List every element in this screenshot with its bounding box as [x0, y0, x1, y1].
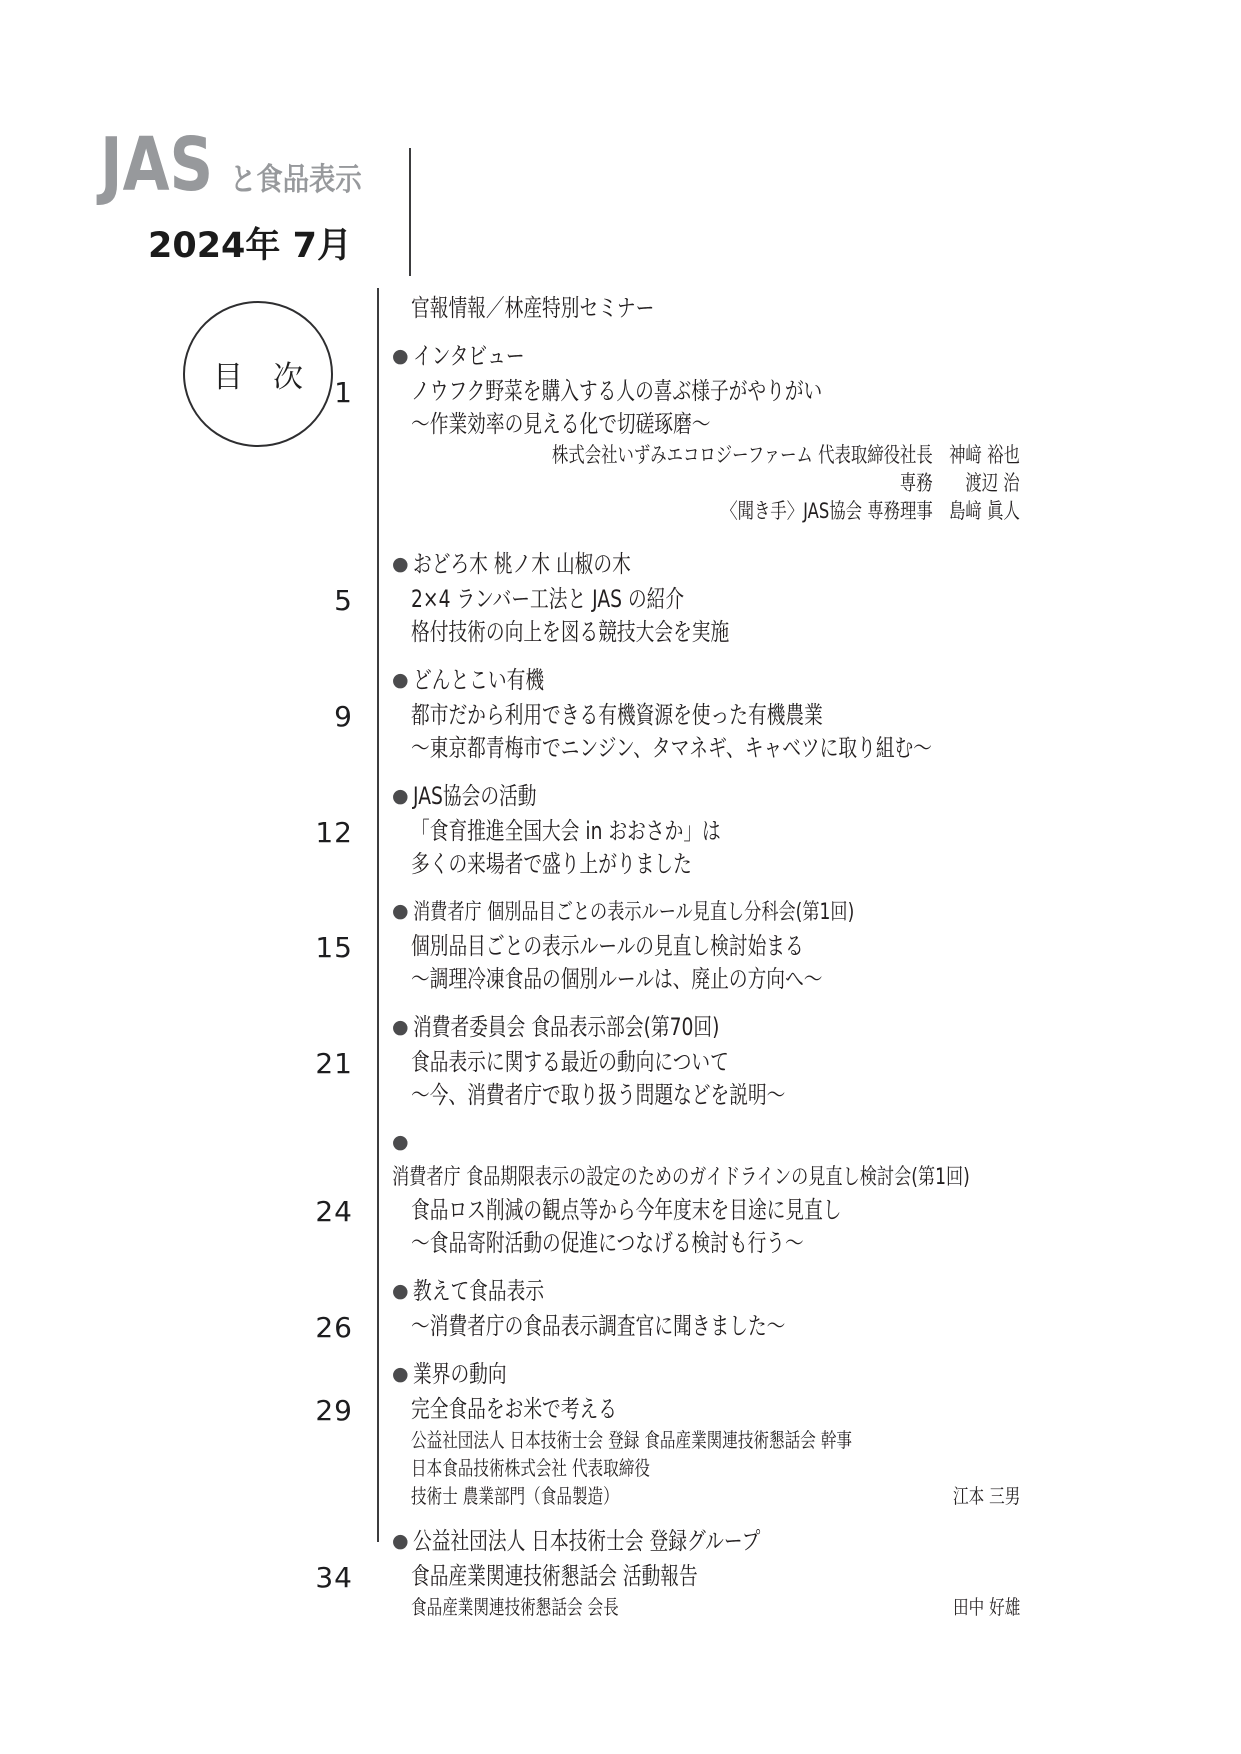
toc-section: ●消費者委員会 食品表示部会(第70回) 21食品表示に関する最近の動向について…: [392, 1011, 1020, 1112]
article-line: 34食品産業関連技術懇話会 活動報告: [392, 1560, 1020, 1593]
toc-section: ●業界の動向 29完全食品をお米で考える 公益社団法人 日本技術士会 登録 食品…: [392, 1358, 1020, 1510]
credit-text: 専務 渡辺 治: [900, 469, 1020, 497]
toc-section: ●消費者庁 個別品目ごとの表示ルール見直し分科会(第1回) 15個別品目ごとの表…: [392, 896, 1020, 996]
section-title: 消費者委員会 食品表示部会(第70回): [413, 1011, 719, 1044]
article-text: ～東京都青梅市でニンジン、タマネギ、キャベツに取り組む～: [411, 732, 932, 765]
magazine-toc-page: JASと食品表示 2024年 7月 目 次 官報情報／林産特別セミナー ●インタ…: [0, 0, 1241, 1754]
section-title: 教えて食品表示: [413, 1275, 544, 1308]
article-line: 多くの来場者で盛り上がりました: [392, 848, 1020, 881]
article-text: 個別品目ごとの表示ルールの見直し検討始まる: [411, 930, 804, 963]
page-number: 9: [334, 700, 353, 733]
credit-name: 田中 好雄: [953, 1593, 1020, 1621]
page-number: 24: [315, 1195, 353, 1228]
section-title: 業界の動向: [413, 1358, 507, 1391]
article-line: 26～消費者庁の食品表示調査官に聞きました～: [392, 1310, 1020, 1343]
article-text: 2×4 ランバー工法と JAS の紹介: [411, 583, 684, 616]
credit-text: 公益社団法人 日本技術士会 登録 食品産業関連技術懇話会 幹事: [411, 1426, 852, 1454]
credit-text: 株式会社いずみエコロジーファーム 代表取締役社長 神﨑 裕也: [552, 441, 1020, 469]
page-number: 12: [315, 816, 353, 849]
article-line: 1ノウフク野菜を購入する人の喜ぶ様子がやりがい: [392, 375, 1020, 408]
magazine-title: JASと食品表示: [100, 128, 385, 202]
credit-line: 株式会社いずみエコロジーファーム 代表取締役社長 神﨑 裕也: [392, 441, 1020, 469]
bullet-icon: ●: [392, 1280, 409, 1302]
credit-line: 公益社団法人 日本技術士会 登録 食品産業関連技術懇話会 幹事: [392, 1426, 1020, 1454]
page-number: 29: [315, 1394, 353, 1427]
article-line: 29完全食品をお米で考える: [392, 1393, 1020, 1426]
page-number: 1: [334, 376, 353, 409]
section-heading: ●おどろ木 桃ノ木 山椒の木: [392, 548, 1020, 583]
bullet-icon: ●: [392, 1530, 409, 1552]
toc-section: ●公益社団法人 日本技術士会 登録グループ 34食品産業関連技術懇話会 活動報告…: [392, 1525, 1020, 1621]
section-title: インタビュー: [413, 340, 525, 373]
credit-role: 技術士 農業部門（食品製造）: [411, 1482, 619, 1510]
credit-role: 食品産業関連技術懇話会 会長: [411, 1593, 619, 1621]
bullet-icon: ●: [392, 345, 409, 367]
masthead: JASと食品表示 2024年 7月: [100, 128, 385, 268]
article-line: ～東京都青梅市でニンジン、タマネギ、キャベツに取り組む～: [392, 732, 1020, 765]
section-heading: ●教えて食品表示: [392, 1275, 1020, 1310]
toc-circle-badge: 目 次: [183, 301, 333, 447]
article-line: 12「食育推進全国大会 in おおさか」は: [392, 815, 1020, 848]
article-text: ～食品寄附活動の促進につなげる検討も行う～: [411, 1227, 804, 1260]
page-number: 5: [334, 584, 353, 617]
section-heading: ●消費者庁 個別品目ごとの表示ルール見直し分科会(第1回): [392, 896, 1020, 930]
article-text: 食品表示に関する最近の動向について: [411, 1046, 729, 1079]
toc-section: ●消費者庁 食品期限表示の設定のためのガイドラインの見直し検討会(第1回) 24…: [392, 1127, 1020, 1260]
bullet-icon: ●: [392, 553, 409, 575]
credit-line: 日本食品技術株式会社 代表取締役: [392, 1454, 1020, 1482]
article-line: 15個別品目ごとの表示ルールの見直し検討始まる: [392, 930, 1020, 963]
toc-section: ●おどろ木 桃ノ木 山椒の木 52×4 ランバー工法と JAS の紹介 格付技術…: [392, 548, 1020, 649]
section-heading: ●どんとこい有機: [392, 664, 1020, 699]
article-line: ～作業効率の見える化で切磋琢磨～: [392, 408, 1020, 441]
toc-label: 目 次: [213, 352, 303, 396]
section-heading: ●業界の動向: [392, 1358, 1020, 1393]
credit-text: 〈聞き手〉JAS協会 専務理事 島﨑 眞人: [721, 497, 1020, 525]
bullet-icon: ●: [392, 1363, 409, 1385]
section-title: どんとこい有機: [413, 664, 544, 697]
article-text: ノウフク野菜を購入する人の喜ぶ様子がやりがい: [411, 375, 822, 408]
masthead-divider: [409, 148, 411, 276]
article-text: ～消費者庁の食品表示調査官に聞きました～: [411, 1310, 785, 1343]
credit-line: 専務 渡辺 治: [392, 469, 1020, 497]
toc-column: 官報情報／林産特別セミナー ●インタビュー 1ノウフク野菜を購入する人の喜ぶ様子…: [392, 292, 1020, 1636]
article-line: 21食品表示に関する最近の動向について: [392, 1046, 1020, 1079]
article-line: 24食品ロス削減の観点等から今年度末を目途に見直し: [392, 1194, 1020, 1227]
section-title: JAS協会の活動: [413, 780, 536, 813]
bullet-icon: ●: [392, 900, 409, 922]
article-text: ～今、消費者庁で取り扱う問題などを説明～: [411, 1079, 785, 1112]
bullet-icon: ●: [392, 1016, 409, 1038]
page-number: 26: [315, 1311, 353, 1344]
toc-vertical-rule: [377, 288, 379, 1542]
article-line: 格付技術の向上を図る競技大会を実施: [392, 616, 1020, 649]
section-heading: ●消費者委員会 食品表示部会(第70回): [392, 1011, 1020, 1046]
preamble-line: 官報情報／林産特別セミナー: [392, 292, 1020, 325]
article-text: ～作業効率の見える化で切磋琢磨～: [411, 408, 711, 441]
credit-line: 技術士 農業部門（食品製造） 江本 三男: [392, 1482, 1020, 1510]
bullet-icon: ●: [392, 785, 409, 807]
credit-text: 日本食品技術株式会社 代表取締役: [411, 1454, 650, 1482]
article-text: 食品ロス削減の観点等から今年度末を目途に見直し: [411, 1194, 842, 1227]
section-heading: ●インタビュー: [392, 340, 1020, 375]
article-text: 「食育推進全国大会 in おおさか」は: [411, 815, 721, 848]
bullet-icon: ●: [392, 669, 409, 691]
toc-section: ●JAS協会の活動 12「食育推進全国大会 in おおさか」は 多くの来場者で盛…: [392, 780, 1020, 881]
section-heading: ●公益社団法人 日本技術士会 登録グループ: [392, 1525, 1020, 1560]
magazine-title-main: JAS: [100, 128, 213, 202]
credit-line: 食品産業関連技術懇話会 会長 田中 好雄: [392, 1593, 1020, 1621]
article-text: 格付技術の向上を図る競技大会を実施: [411, 616, 729, 649]
toc-section: ●教えて食品表示 26～消費者庁の食品表示調査官に聞きました～: [392, 1275, 1020, 1343]
page-number: 21: [315, 1047, 353, 1080]
section-heading: ●消費者庁 食品期限表示の設定のためのガイドラインの見直し検討会(第1回): [392, 1127, 1020, 1194]
toc-section: ●インタビュー 1ノウフク野菜を購入する人の喜ぶ様子がやりがい ～作業効率の見え…: [392, 340, 1020, 525]
section-title: 消費者庁 食品期限表示の設定のためのガイドラインの見直し検討会(第1回): [392, 1161, 970, 1194]
page-number: 15: [315, 931, 353, 964]
article-text: ～調理冷凍食品の個別ルールは、廃止の方向へ～: [411, 963, 822, 996]
section-title: おどろ木 桃ノ木 山椒の木: [413, 548, 631, 581]
magazine-title-sub: と食品表示: [230, 154, 362, 199]
credit-name: 江本 三男: [953, 1482, 1020, 1510]
toc-section: ●どんとこい有機 9都市だから利用できる有機資源を使った有機農業 ～東京都青梅市…: [392, 664, 1020, 765]
article-text: 食品産業関連技術懇話会 活動報告: [411, 1560, 698, 1593]
article-line: ～食品寄附活動の促進につなげる検討も行う～: [392, 1227, 1020, 1260]
section-heading: ●JAS協会の活動: [392, 780, 1020, 815]
credit-line: 〈聞き手〉JAS協会 専務理事 島﨑 眞人: [392, 497, 1020, 525]
article-text: 完全食品をお米で考える: [411, 1393, 617, 1426]
article-line: 52×4 ランバー工法と JAS の紹介: [392, 583, 1020, 616]
section-title: 消費者庁 個別品目ごとの表示ルール見直し分科会(第1回): [413, 896, 854, 929]
article-line: ～今、消費者庁で取り扱う問題などを説明～: [392, 1079, 1020, 1112]
article-text: 多くの来場者で盛り上がりました: [411, 848, 692, 881]
preamble-text: 官報情報／林産特別セミナー: [411, 292, 654, 325]
section-title: 公益社団法人 日本技術士会 登録グループ: [413, 1525, 760, 1558]
article-text: 都市だから利用できる有機資源を使った有機農業: [411, 699, 823, 732]
issue-date: 2024年 7月: [148, 218, 385, 268]
bullet-icon: ●: [392, 1131, 409, 1153]
page-number: 34: [315, 1561, 353, 1594]
article-line: 9都市だから利用できる有機資源を使った有機農業: [392, 699, 1020, 732]
article-line: ～調理冷凍食品の個別ルールは、廃止の方向へ～: [392, 963, 1020, 996]
